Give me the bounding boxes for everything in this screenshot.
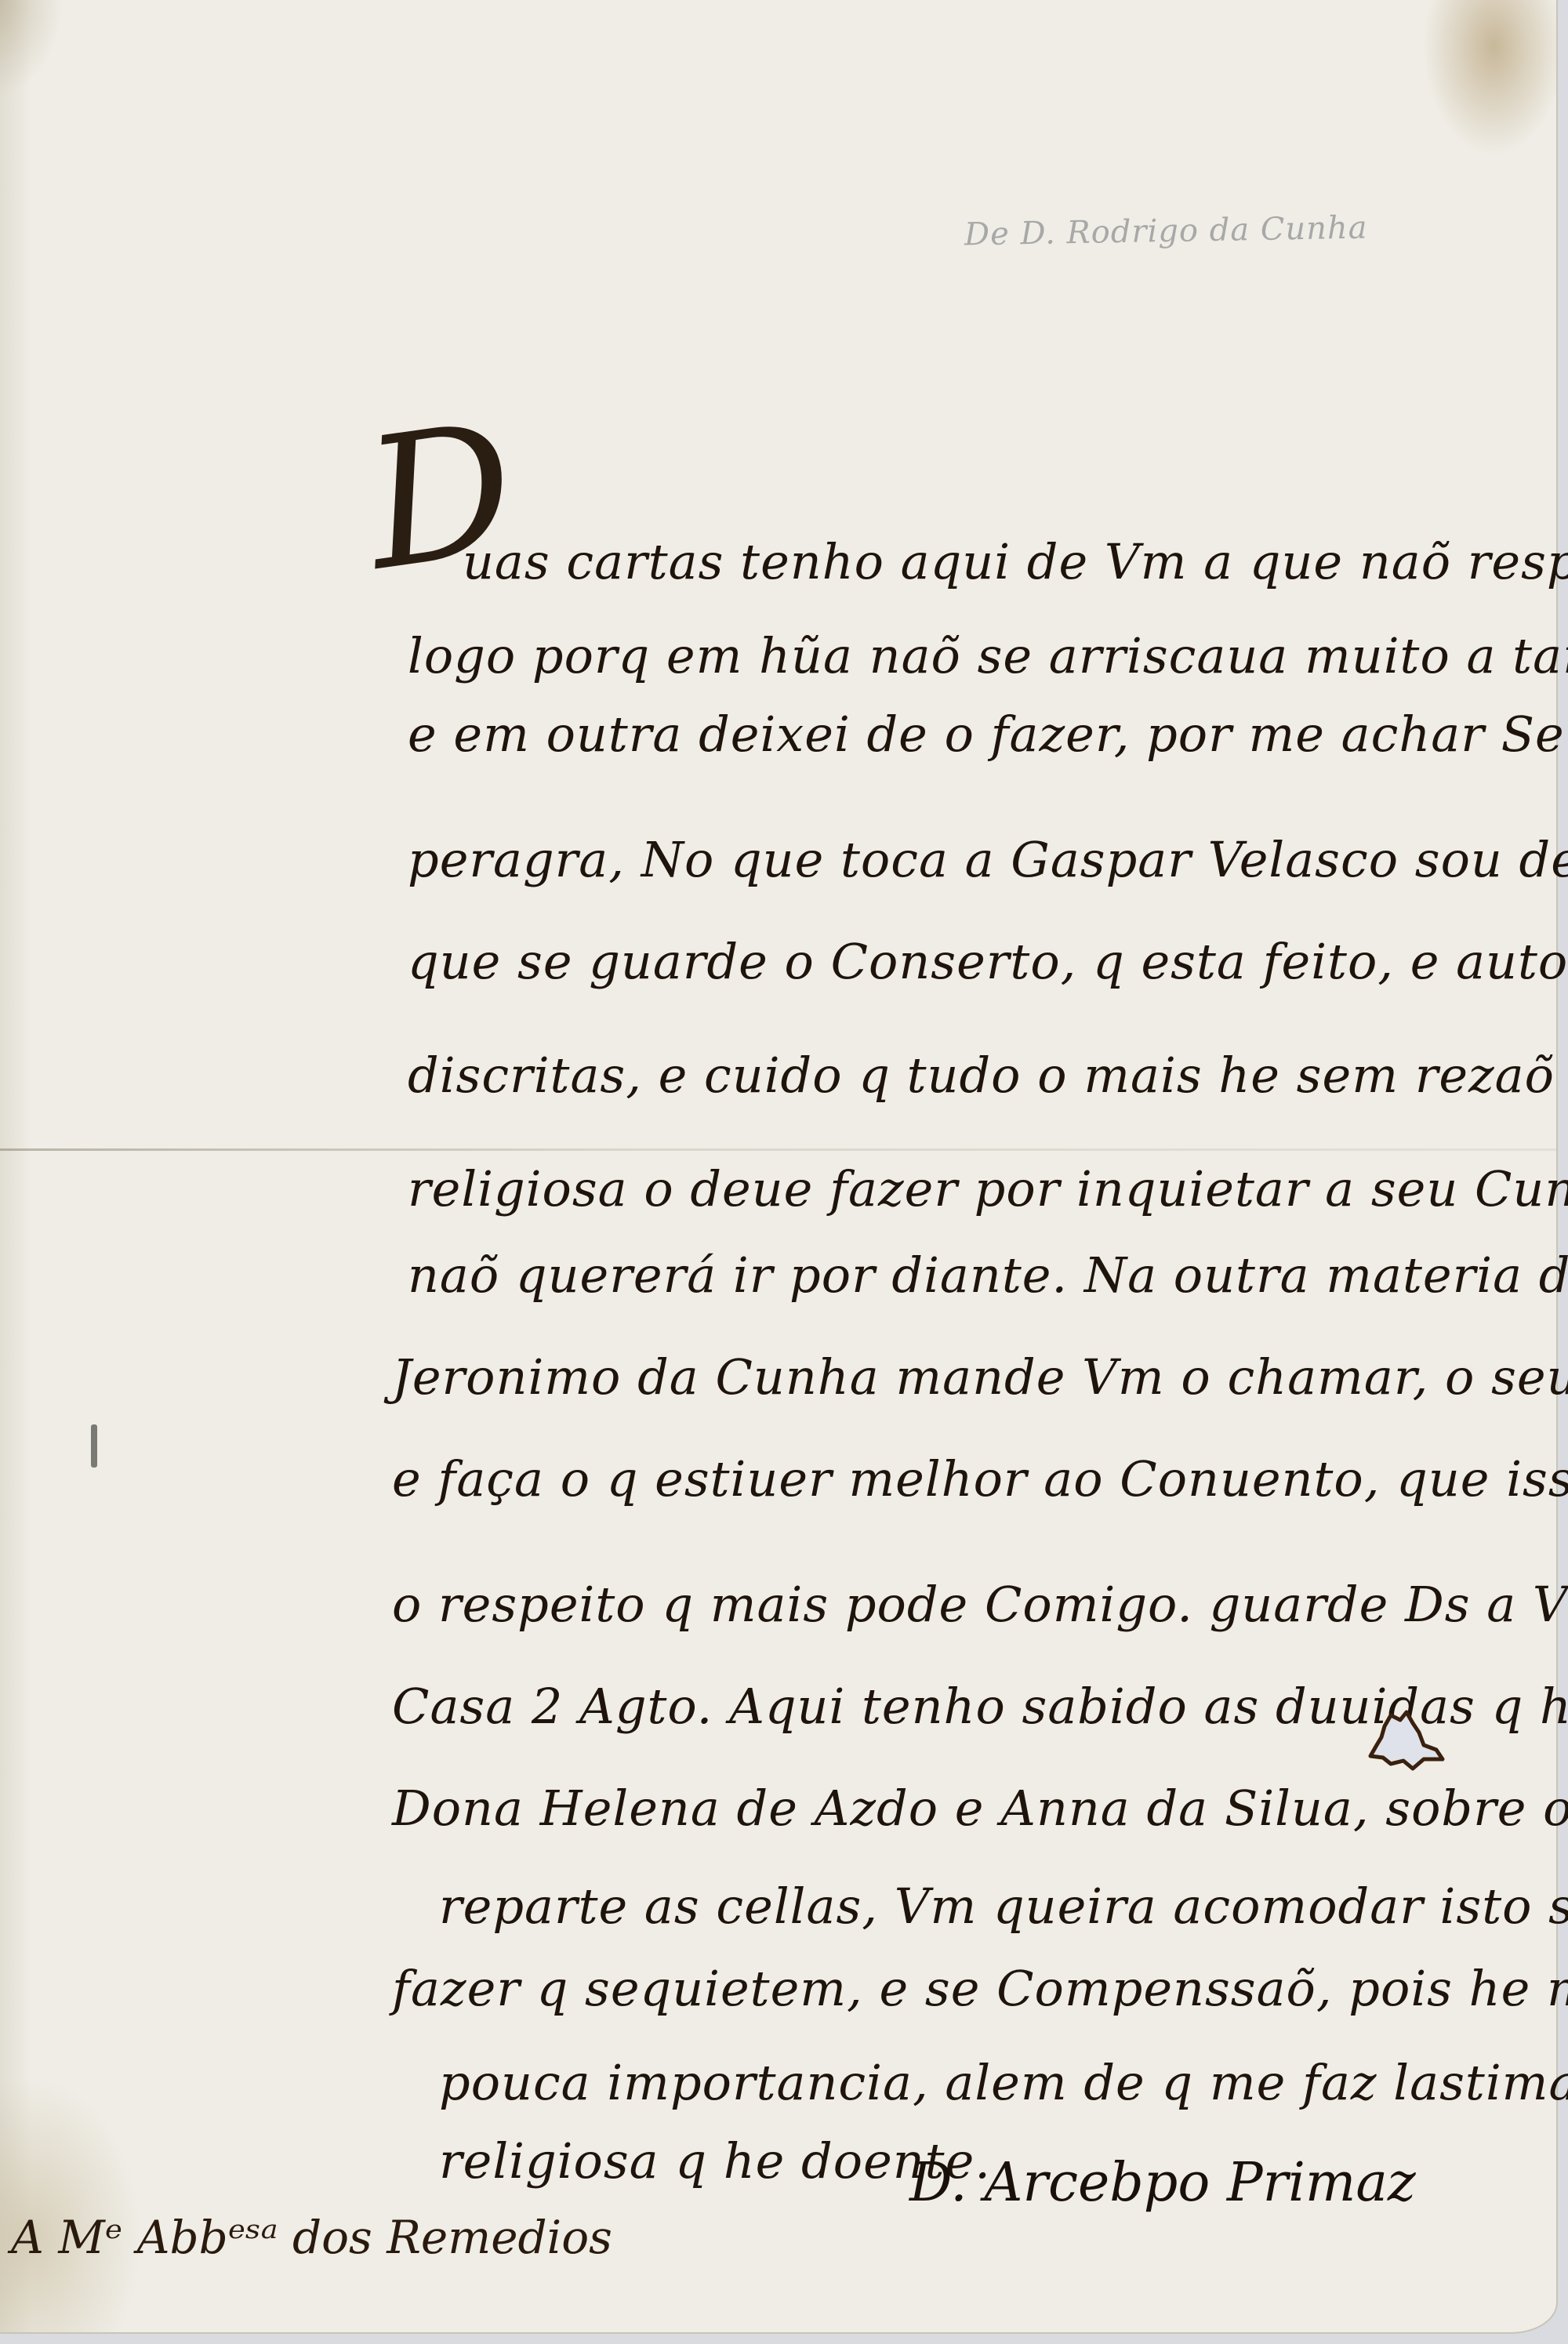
text-line-7: religiosa o deue fazer por inquietar a s… (408, 1160, 1568, 1217)
text-line-16: pouca importancia, alem de q me faz last… (439, 2054, 1568, 2111)
manuscript-page: De D. Rodrigo da Cunha D uas cartas tenh… (0, 0, 1558, 2334)
text-line-14: reparte as cellas, Vm queira acomodar is… (439, 1878, 1568, 1935)
text-line-6: discritas, e cuido q tudo o mais he sem … (408, 1047, 1568, 1104)
text-line-15: fazer q sequietem, e se Compenssaõ, pois… (392, 1960, 1568, 2017)
recipient-address: A Mᵉ Abbᵉˢᵃ dos Remedios (11, 2211, 612, 2264)
text-line-17: religiosa q he doente. (439, 2132, 991, 2190)
fold-crease (0, 1148, 1556, 1151)
margin-mark (91, 1424, 97, 1468)
text-line-13: Dona Helena de Azdo e Anna da Silua, sob… (392, 1780, 1568, 1837)
text-line-11: o respeito q mais pode Comigo. guarde Ds… (392, 1576, 1568, 1633)
text-line-10: e faça o q estiuer melhor ao Conuento, q… (392, 1450, 1568, 1508)
pencil-annotation: De D. Rodrigo da Cunha (964, 210, 1368, 253)
text-line-3: e em outra deixei de o fazer, por me ach… (408, 706, 1568, 763)
text-line-9: Jeronimo da Cunha mande Vm o chamar, o s… (392, 1348, 1568, 1406)
signature: D. Arcebpo Primaz (909, 2152, 1416, 2214)
text-line-2: logo porq em hũa naõ se arriscaua muito … (408, 627, 1568, 684)
text-line-8: naõ quererá ir por diante. Na outra mate… (408, 1246, 1568, 1304)
text-line-4: peragra, No que toca a Gaspar Velasco so… (408, 831, 1568, 888)
burn-hole (1361, 1709, 1447, 1772)
text-line-5: que se guarde o Conserto, q esta feito, … (408, 933, 1568, 990)
text-line-1: uas cartas tenho aqui de Vm a que naõ re… (463, 533, 1568, 590)
